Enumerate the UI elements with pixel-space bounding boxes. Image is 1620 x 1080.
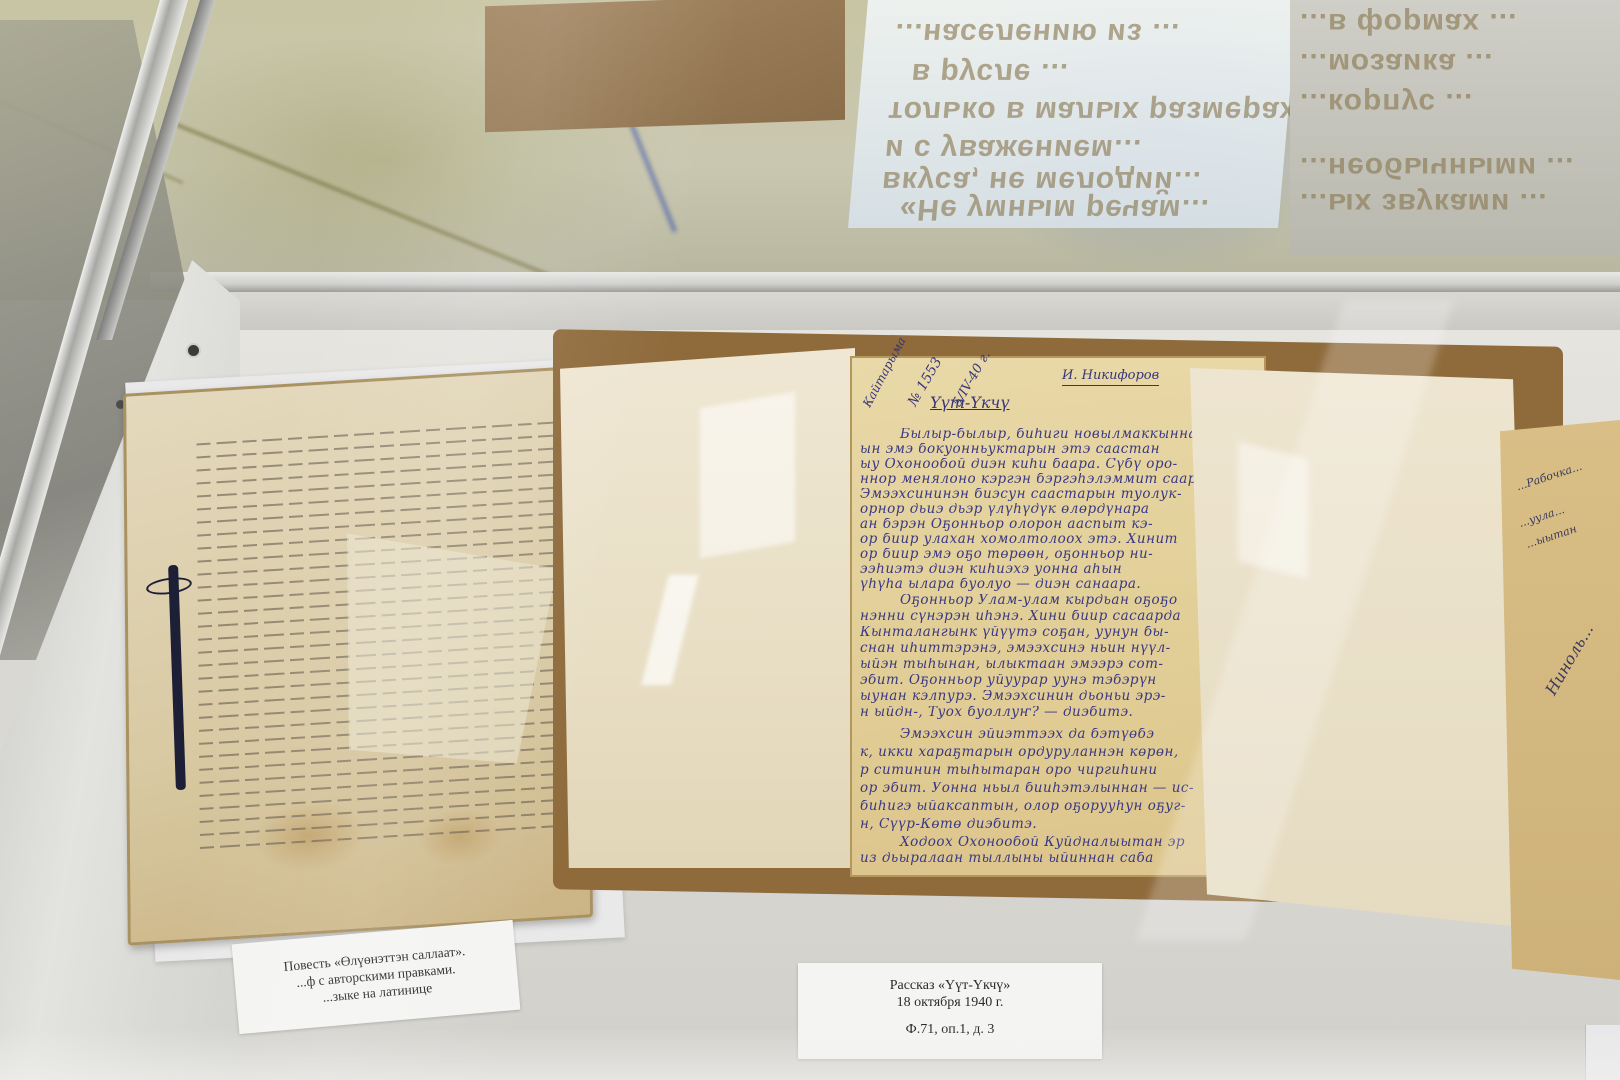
mirrored-poster-reflection: ...населению из ... в русле ... только в… <box>848 0 1298 228</box>
mirrored-text: только в малых размерах <box>887 94 1299 128</box>
manuscript-line: ыунан кэлпурэ. Эмээхсинин дьоньи эрэ- <box>860 690 1260 704</box>
screw-icon <box>186 343 201 358</box>
mirrored-text: и с уважением... <box>883 132 1143 166</box>
manuscript-line: н ыйдн-, Туох буоллуҥ? — диэбитэ. <box>860 706 1260 720</box>
mirrored-text: «Не умным речам... <box>898 192 1211 226</box>
glass-glare <box>700 392 795 559</box>
caption-date: 18 октября 1940 г. <box>798 994 1102 1011</box>
mirrored-text: ...в формах ... <box>1300 6 1517 40</box>
mirrored-text: в русле ... <box>910 56 1070 90</box>
mirrored-text: ...населению из ... <box>894 16 1182 50</box>
manuscript-title: Үүт-Үкчү <box>930 393 1009 412</box>
mirrored-text: ...мозаика ... <box>1300 46 1493 80</box>
caption-title: Рассказ «Үүт-Үкчү» <box>798 977 1102 994</box>
mirrored-text: ...необычными ... <box>1300 150 1574 184</box>
author-signature: И. Никифоров <box>1062 368 1159 386</box>
mirrored-text: ...корпус ... <box>1300 86 1473 120</box>
mirrored-text: ...ых звуками ... <box>1300 186 1548 220</box>
mirrored-poster-reflection-right: ...в формах ... ...мозаика ... ...корпус… <box>1290 0 1620 255</box>
